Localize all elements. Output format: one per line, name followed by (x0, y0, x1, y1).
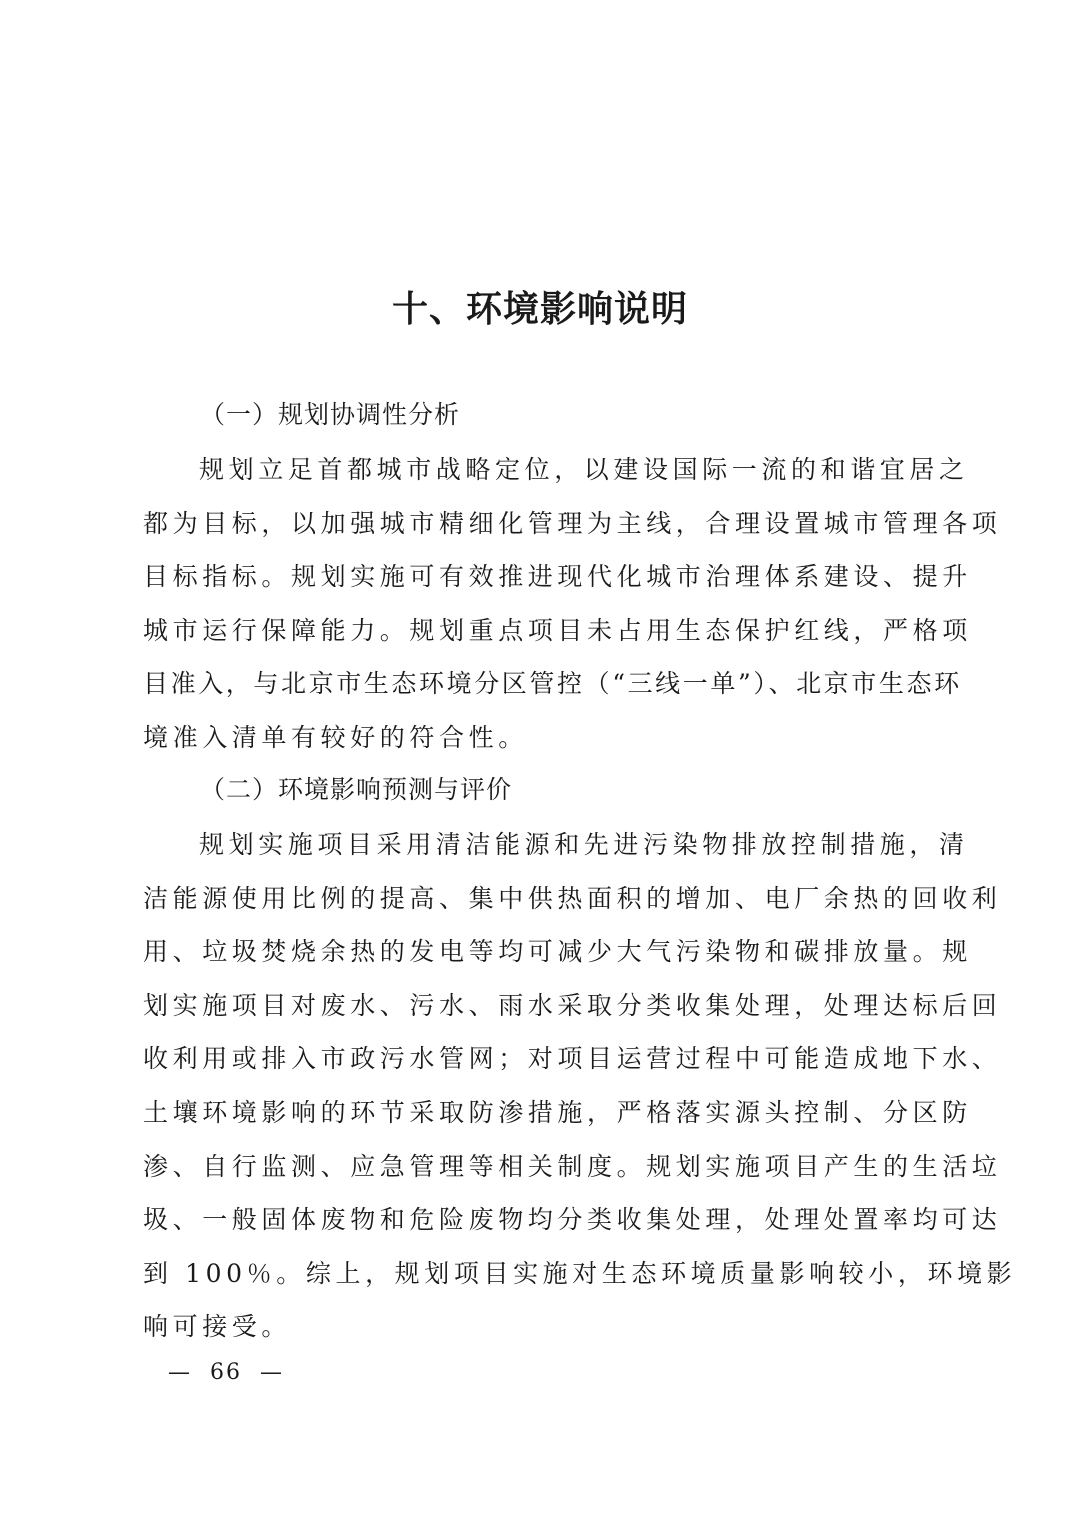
paragraph-line: 渗、自行监测、应急管理等相关制度。规划实施项目产生的生活垃 (143, 1140, 939, 1194)
paragraph-line: 规划实施项目采用清洁能源和先进污染物排放控制措施，清 (143, 818, 939, 872)
paragraph-line: 目准入，与北京市生态环境分区管控（“三线一单”）、北京市生态环 (143, 657, 939, 711)
paragraph-line: 圾、一般固体废物和危险废物均分类收集处理，处理处置率均可达 (143, 1193, 939, 1247)
section-heading-impact-prediction: （二）环境影响预测与评价 (200, 772, 512, 808)
paragraph-line: 到 100％。综上，规划项目实施对生态环境质量影响较小，环境影 (143, 1247, 939, 1301)
section-heading-coordination-analysis: （一）规划协调性分析 (200, 397, 460, 433)
paragraph-line: 划实施项目对废水、污水、雨水采取分类收集处理，处理达标后回 (143, 979, 939, 1033)
paragraph-line: 土壤环境影响的环节采取防渗措施，严格落实源头控制、分区防 (143, 1086, 939, 1140)
paragraph-line: 目标指标。规划实施可有效推进现代化城市治理体系建设、提升 (143, 550, 939, 604)
paragraph-line: 都为目标，以加强城市精细化管理为主线，合理设置城市管理各项 (143, 497, 939, 551)
page-number: — 66 — (168, 1358, 284, 1388)
paragraph-line: 用、垃圾焚烧余热的发电等均可减少大气污染物和碳排放量。规 (143, 925, 939, 979)
paragraph-coordination-analysis: 规划立足首都城市战略定位，以建设国际一流的和谐宜居之 都为目标，以加强城市精细化… (143, 443, 939, 765)
paragraph-line: 收利用或排入市政污水管网；对项目运营过程中可能造成地下水、 (143, 1032, 939, 1086)
paragraph-line: 境准入清单有较好的符合性。 (143, 711, 939, 765)
paragraph-impact-prediction: 规划实施项目采用清洁能源和先进污染物排放控制措施，清 洁能源使用比例的提高、集中… (143, 818, 939, 1354)
paragraph-line: 城市运行保障能力。规划重点项目未占用生态保护红线，严格项 (143, 604, 939, 658)
paragraph-line: 规划立足首都城市战略定位，以建设国际一流的和谐宜居之 (143, 443, 939, 497)
paragraph-line: 洁能源使用比例的提高、集中供热面积的增加、电厂余热的回收利 (143, 872, 939, 926)
page-title: 十、环境影响说明 (0, 283, 1080, 335)
paragraph-line: 响可接受。 (143, 1300, 939, 1354)
